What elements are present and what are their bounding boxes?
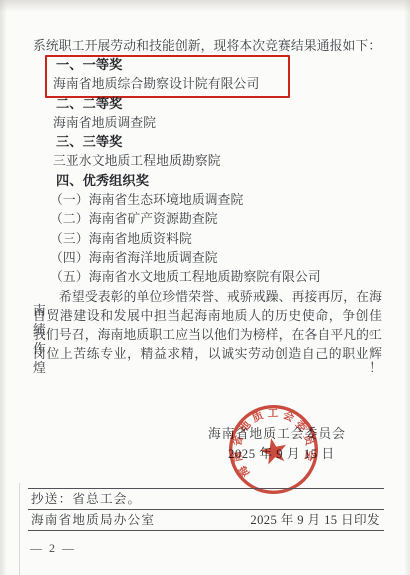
scan-shadow-right: [404, 0, 410, 575]
award-heading-third: 三、三等奖: [56, 135, 122, 149]
print-date: 2025 年 9 月 15 日印发: [250, 513, 380, 527]
org-award-item-4: （四）海南省海洋地质调查院: [50, 251, 218, 265]
seal-arc-text: 海南省地质工会委员会: [227, 403, 320, 481]
signature-org: 海南省地质工会委员会: [208, 427, 346, 441]
intro-line: 系统职工开展劳动和技能创新，现将本次竞赛结果通报如下：: [33, 39, 381, 53]
org-award-item-3: （三）海南省地质资料院: [50, 232, 192, 246]
divider-line-middle: [28, 509, 384, 510]
divider-line-top: [28, 488, 384, 489]
award-winner-first: 海南省地质综合勘察设计院有限公司: [53, 77, 259, 91]
issuer-name: 海南省地质局办公室: [31, 513, 155, 527]
page-number: — 2 —: [30, 541, 76, 556]
org-award-item-1: （一）海南省生态环境地质调查院: [50, 193, 243, 207]
svg-text:海南省地质工会委员会: 海南省地质工会委员会: [227, 403, 320, 481]
award-winner-second: 海南省地质调查院: [53, 116, 156, 130]
award-winner-third: 三亚水文地质工程地质勘察院: [53, 154, 221, 168]
scan-fold-line: [19, 483, 20, 575]
signature-date: 2025 年 9 月 15 日: [228, 447, 335, 461]
award-heading-first: 一、一等奖: [56, 58, 122, 72]
document-page: 系统职工开展劳动和技能创新，现将本次竞赛结果通报如下： 一、一等奖 海南省地质综…: [0, 0, 410, 575]
org-award-item-2: （二）海南省矿产资源勘查院: [50, 212, 218, 226]
award-heading-second: 二、二等奖: [56, 97, 122, 111]
cc-line: 抄送：省总工会。: [31, 492, 141, 506]
scan-shadow-left: [0, 0, 7, 575]
org-award-item-5: （五）海南省水文地质工程地质勘察院有限公司: [50, 270, 321, 284]
divider-line-bottom: [28, 530, 384, 531]
scan-shadow-top: [0, 0, 410, 12]
closing-line-4: 岗位上苦练专业，精益求精，以诚实劳动创造自己的职业辉煌！: [33, 347, 382, 375]
award-heading-organization: 四、优秀组织奖: [56, 174, 149, 188]
